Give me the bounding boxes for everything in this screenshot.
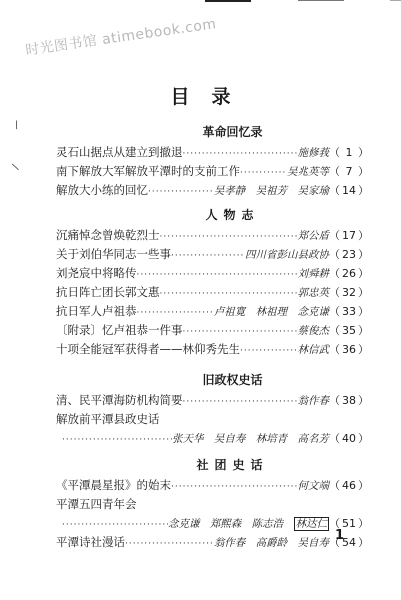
toc-entry-continuation[interactable]: 张天华 吴自寿 林培青 高名芳 （40） — [56, 429, 369, 448]
entry-title: 平潭诗社漫话 — [56, 533, 125, 552]
scan-edge-mark — [205, 0, 251, 2]
entry-title: 清、民平潭海防机构简要 — [56, 391, 183, 410]
boxed-author-name: 林达仁 — [294, 517, 330, 531]
entry-title: 刘尧宸中将略传 — [56, 264, 137, 283]
entry-title: 抗日军人卢祖恭 — [56, 302, 137, 321]
leader-dots — [183, 393, 298, 412]
entry-author: 郭忠英 — [298, 284, 330, 303]
toc-entry[interactable]: 刘尧宸中将略传 刘舜耕 （26） — [56, 264, 369, 283]
entry-page: （35） — [329, 321, 369, 340]
entry-author: 施修莪 — [298, 144, 330, 163]
toc-entry[interactable]: 十项全能冠军获得者——林仰秀先生 林信武 （36） — [56, 340, 369, 359]
leader-dots — [137, 266, 298, 285]
toc-entry[interactable]: 解放大小练的回忆 吴孝静 吴祖芳 吴家瑜 （14） — [56, 181, 369, 200]
table-of-contents: 革命回忆录 灵石山据点从建立到撤退 施修莪 （1） 南下解放大军解放平潭时的支前… — [56, 117, 369, 552]
entry-title[interactable]: 平潭五四青年会 — [56, 495, 369, 514]
entry-page: （46） — [329, 476, 369, 495]
entry-author: 翁作春 高爵龄 吴自寿 — [214, 534, 329, 553]
entry-author: 四川省彭山县政协 — [245, 246, 329, 265]
toc-entry[interactable]: 〔附录〕忆卢祖恭一件事 蔡俊杰 （35） — [56, 321, 369, 340]
section-heading: 革命回忆录 — [56, 121, 369, 143]
entry-page: （33） — [329, 302, 369, 321]
scan-edge-mark — [298, 0, 344, 1]
leader-dots — [62, 431, 172, 450]
toc-entry[interactable]: 清、民平潭海防机构简要 翁作春 （38） — [56, 391, 369, 410]
entry-page: （26） — [329, 264, 369, 283]
entry-page: （1） — [329, 143, 369, 162]
leader-dots — [125, 535, 214, 554]
entry-author: 翁作春 — [298, 392, 330, 411]
entry-title: 南下解放大军解放平潭时的支前工作 — [56, 162, 240, 181]
entry-author: 吴兆英等 — [287, 163, 329, 182]
entry-title: 抗日阵亡团长郭文惠 — [56, 283, 160, 302]
entry-page: （23） — [329, 245, 369, 264]
entry-author: 卢祖寛 林祖理 念克谦 — [214, 303, 329, 322]
toc-entry[interactable]: 抗日军人卢祖恭 卢祖寛 林祖理 念克谦 （33） — [56, 302, 369, 321]
leader-dots — [160, 285, 298, 304]
toc-entry[interactable]: 沉痛悼念曾焕乾烈士 郑公盾 （17） — [56, 226, 369, 245]
section-heading: 人物志 — [56, 204, 369, 226]
entry-author: 念克谦 郑熙森 陈志浩 林达仁 — [168, 515, 329, 534]
entry-author: 林信武 — [298, 341, 330, 360]
toc-entry[interactable]: 关于刘伯华同志一些事 四川省彭山县政协 （23） — [56, 245, 369, 264]
entry-title: 十项全能冠军获得者——林仰秀先生 — [56, 340, 240, 359]
margin-pen-mark: / — [13, 120, 20, 131]
entry-author: 吴孝静 吴祖芳 吴家瑜 — [214, 182, 329, 201]
page-title: 目录 — [0, 82, 401, 109]
entry-title: 关于刘伯华同志一些事 — [56, 245, 171, 264]
entry-title: 灵石山据点从建立到撤退 — [56, 143, 183, 162]
toc-entry[interactable]: 灵石山据点从建立到撤退 施修莪 （1） — [56, 143, 369, 162]
watermark: 时光图书馆 atimebook.com — [24, 13, 218, 60]
entry-author: 张天华 吴自寿 林培青 高名芳 — [172, 430, 329, 449]
entry-title: 〔附录〕忆卢祖恭一件事 — [56, 321, 183, 340]
entry-author: 郑公盾 — [298, 227, 330, 246]
entry-title[interactable]: 解放前平潭县政史话 — [56, 410, 369, 429]
leader-dots — [240, 342, 298, 361]
entry-author: 何文端 — [298, 477, 330, 496]
entry-title: 《平潭晨星报》的始末 — [56, 476, 171, 495]
leader-dots — [148, 183, 214, 202]
entry-page: （14） — [329, 181, 369, 200]
entry-author: 刘舜耕 — [298, 265, 330, 284]
entry-page: （40） — [329, 429, 369, 448]
leader-dots — [171, 478, 298, 497]
toc-entry[interactable]: 抗日阵亡团长郭文惠 郭忠英 （32） — [56, 283, 369, 302]
toc-entry[interactable]: 南下解放大军解放平潭时的支前工作 吴兆英等 （7） — [56, 162, 369, 181]
leader-dots — [160, 228, 298, 247]
entry-page: （32） — [329, 283, 369, 302]
entry-author: 蔡俊杰 — [298, 322, 330, 341]
entry-page: （17） — [329, 226, 369, 245]
section-heading: 社团史话 — [56, 454, 369, 476]
entry-title: 解放大小练的回忆 — [56, 181, 148, 200]
scan-edge-mark — [390, 0, 401, 1]
section-heading: 旧政权史话 — [56, 369, 369, 391]
toc-entry-continuation[interactable]: 念克谦 郑熙森 陈志浩 林达仁 （51） — [56, 514, 369, 533]
toc-entry[interactable]: 平潭诗社漫话 翁作春 高爵龄 吴自寿 （54） — [56, 533, 369, 552]
entry-page: （38） — [329, 391, 369, 410]
page-number: 1 — [335, 528, 344, 543]
leader-dots — [240, 164, 287, 183]
entry-page: （7） — [329, 162, 369, 181]
margin-pen-mark: \ — [11, 162, 19, 173]
leader-dots — [171, 247, 245, 266]
entry-page: （36） — [329, 340, 369, 359]
toc-entry[interactable]: 《平潭晨星报》的始末 何文端 （46） — [56, 476, 369, 495]
entry-title: 沉痛悼念曾焕乾烈士 — [56, 226, 160, 245]
